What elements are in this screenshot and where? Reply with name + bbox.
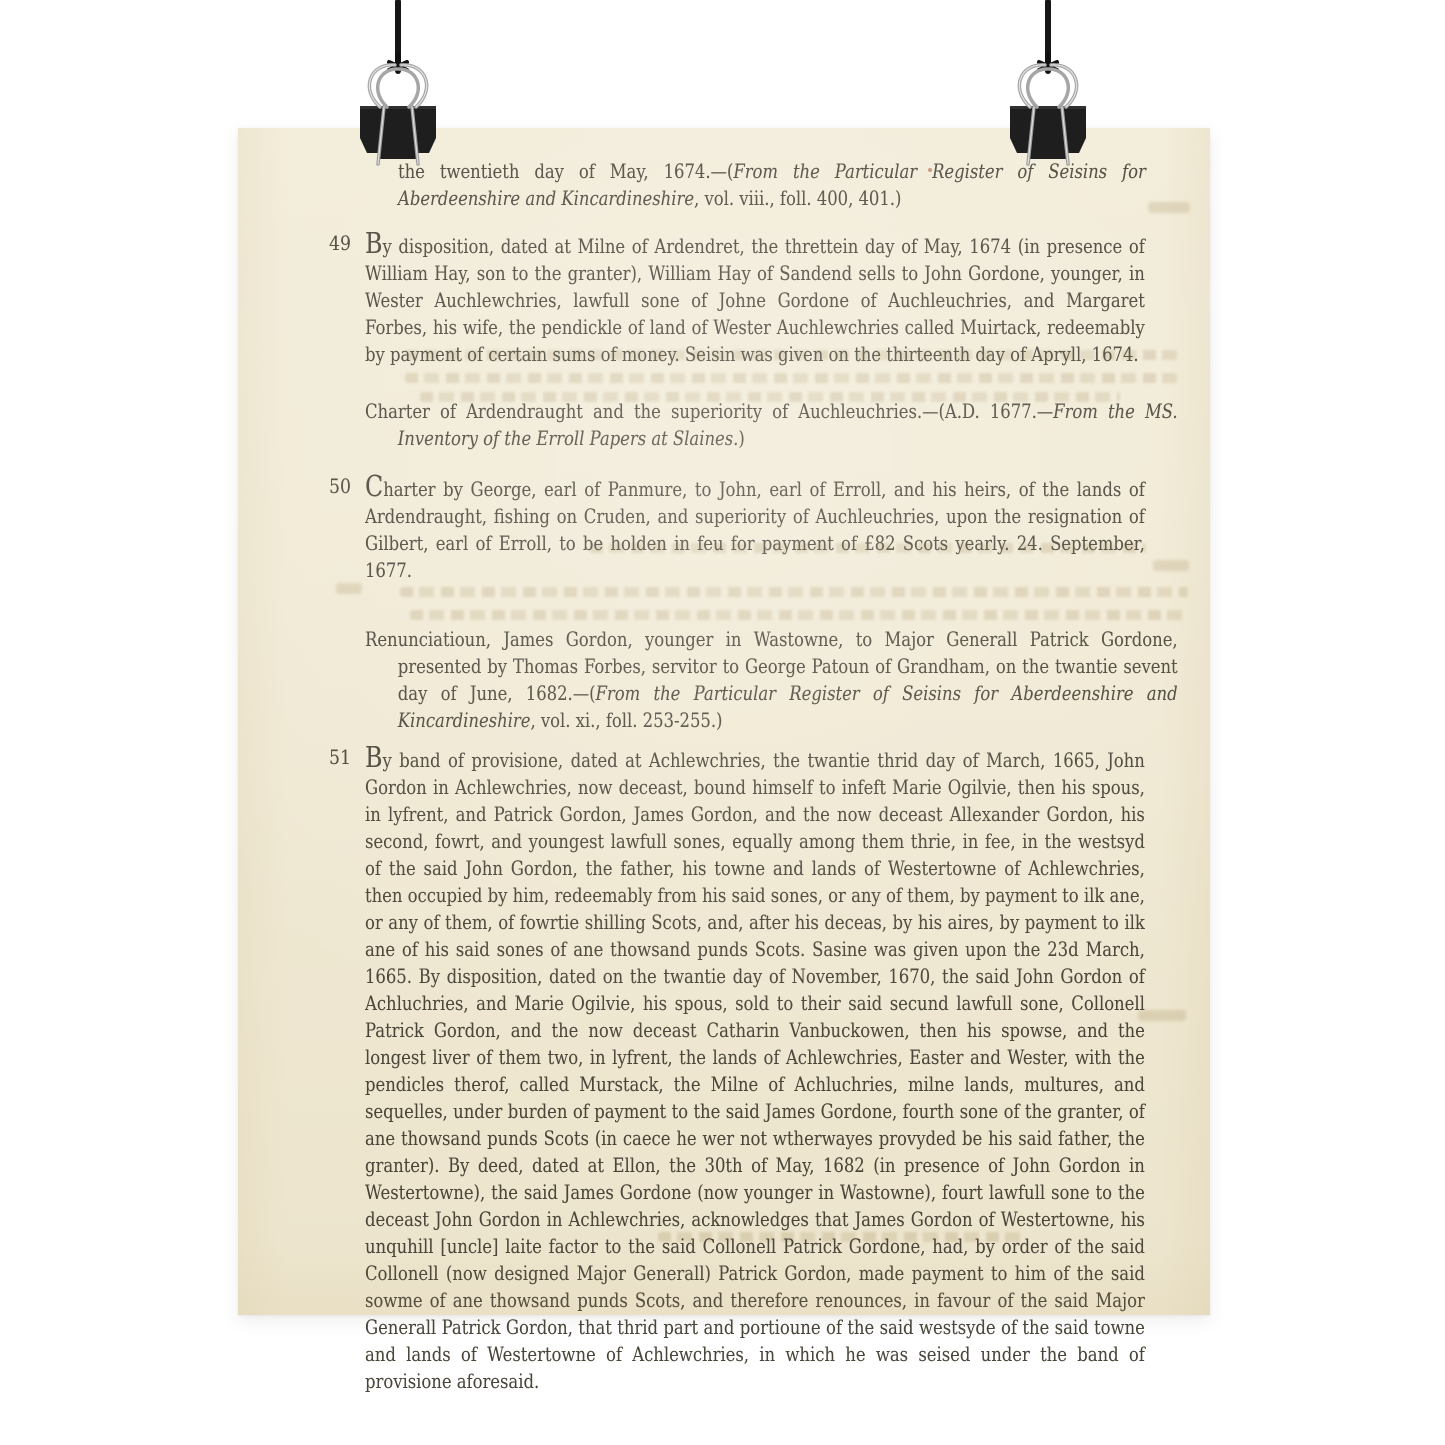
entry-49: 49 By disposition, dated at Milne of Ard…: [365, 230, 1145, 368]
ghost-showthrough-mark: [336, 583, 362, 594]
entry-51: 51 By band of provisione, dated at Achle…: [365, 744, 1145, 1395]
entry-51-lead-capital: B: [365, 740, 382, 774]
entry-49-body: y disposition, dated at Milne of Ardendr…: [365, 234, 1145, 366]
ghost-showthrough-mark: [1138, 1010, 1186, 1021]
ghost-showthrough-line: [405, 373, 1177, 383]
entry-50-lead-capital: C: [365, 469, 383, 503]
wall: the twentieth day of May, 1674.—(From th…: [0, 0, 1445, 1445]
binder-clip-right: [998, 43, 1098, 168]
abstract-charter-text: Charter of Ardendraught and the superior…: [365, 398, 1178, 452]
abstract-renunciatioun-text: Renunciatioun, James Gordon, younger in …: [365, 626, 1178, 734]
abstract-charter-ardendraught: Charter of Ardendraught and the superior…: [365, 398, 1145, 452]
continuation-roman-2: , vol. viii., foll. 400, 401.): [694, 186, 901, 210]
entry-49-lead-capital: B: [365, 226, 382, 260]
entry-51-text: By band of provisione, dated at Achlewch…: [365, 744, 1145, 1395]
abstract-renunciatioun: Renunciatioun, James Gordon, younger in …: [365, 626, 1145, 734]
continuation-roman-1: the twentieth day of May, 1674.—(: [398, 159, 733, 183]
entry-49-number: 49: [329, 231, 351, 255]
ghost-showthrough-line: [410, 610, 1186, 620]
ghost-showthrough-line: [400, 587, 1188, 597]
ghost-showthrough-mark: [1153, 560, 1189, 571]
ghost-showthrough-mark: [1148, 202, 1190, 213]
entry-49-text: By disposition, dated at Milne of Ardend…: [365, 230, 1145, 368]
entry-50: 50 Charter by George, earl of Panmure, t…: [365, 473, 1145, 584]
entry-50-body: harter by George, earl of Panmure, to Jo…: [365, 477, 1145, 582]
entry-50-text: Charter by George, earl of Panmure, to J…: [365, 473, 1145, 584]
abstract-charter-roman-1: Charter of Ardendraught and the superior…: [365, 399, 1053, 423]
binder-clip-left: [348, 43, 448, 168]
abstract-renunciatioun-roman-2: , vol. xi., foll. 253-255.): [530, 708, 722, 732]
abstract-charter-roman-2: ): [738, 426, 744, 450]
entry-50-number: 50: [329, 474, 351, 498]
poster-document-page: the twentieth day of May, 1674.—(From th…: [238, 128, 1210, 1315]
entry-51-number: 51: [329, 745, 351, 769]
entry-51-body: y band of provisione, dated at Achlewchr…: [365, 748, 1145, 1393]
